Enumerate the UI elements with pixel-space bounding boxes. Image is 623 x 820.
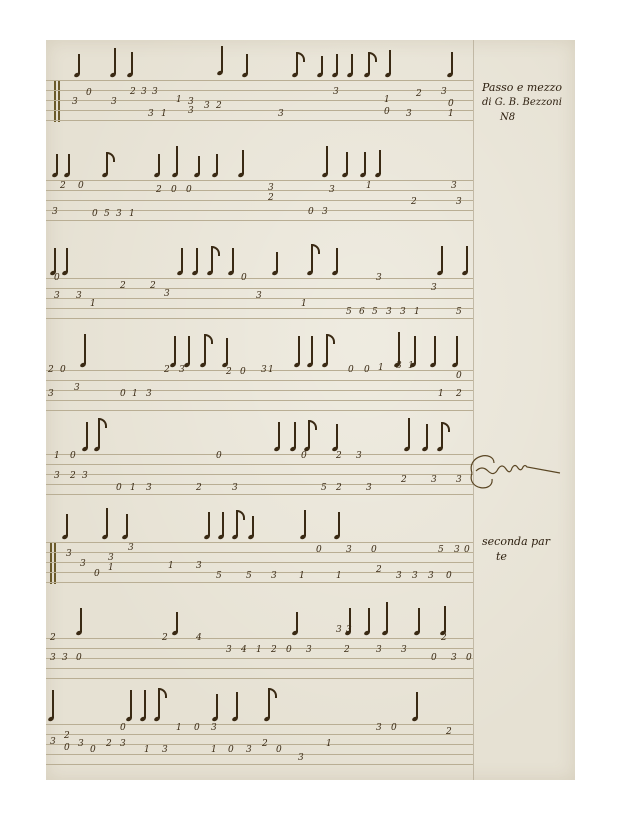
tab-staff: 3 2 0 3 0 2 3 0 1 3 1 0 3 1 0 3 2 0 3 1 … [46,724,473,766]
tab-staff: 2 3 3 0 2 4 3 4 1 2 0 3 3 3 2 3 3 0 2 3 … [46,638,473,680]
flourish-ornament [464,445,564,495]
tablature-system-4: 2 0 3 3 2 3 2 0 3 1 0 0 1 3 1 0 1 3 1 2 … [46,330,473,422]
section-label-line-2: te [482,549,550,564]
rhythm-line [46,238,473,278]
tablature-system-8: 3 2 0 3 0 2 3 0 1 3 1 0 3 1 0 3 2 0 3 1 … [46,684,473,780]
rhythm-line [46,502,473,542]
section-label: seconda par te [482,534,550,564]
tab-staff: 3 3 0 1 3 3 1 3 5 5 3 1 0 1 3 0 2 3 3 3 … [46,542,473,584]
tab-staff: 0 3 2 3 3 3 1 3 3 3 2 1 3 3 3 1 0 3 2 3 … [46,80,473,122]
rhythm-line [46,40,473,80]
tablature-system-6: 3 3 0 1 3 3 1 3 5 5 3 1 0 1 3 0 2 3 3 3 … [46,502,473,594]
tab-staff: 2 0 2 0 0 3 2 3 1 3 3 0 5 3 1 0 3 2 3 [46,180,473,222]
tablature-system-1: 0 3 2 3 3 3 1 3 3 3 2 1 3 3 3 1 0 3 2 3 … [46,40,473,132]
rhythm-line [46,598,473,638]
title-line-3: N8 [482,110,562,125]
manuscript-page: 0 3 2 3 3 3 1 3 3 3 2 1 3 3 3 1 0 3 2 3 … [46,40,575,780]
title-line-2: di G. B. Bezzoni [482,95,562,110]
tablature-system-2: 2 0 2 0 0 3 2 3 1 3 3 0 5 3 1 0 3 2 3 [46,140,473,232]
tab-staff: 2 0 3 3 2 3 2 0 3 1 0 0 1 3 1 0 1 3 1 2 … [46,370,473,412]
title-line-1: Passo e mezzo [482,80,562,95]
tab-staff: 0 3 3 1 2 2 3 0 3 1 3 5 6 5 3 3 1 3 5 [46,278,473,320]
tablature-system-5: 1 0 3 2 3 0 1 3 0 2 3 0 2 3 5 2 3 2 3 3 [46,414,473,506]
section-label-line-1: seconda par [482,534,550,549]
margin-rule [473,40,474,780]
rhythm-line [46,684,473,724]
tablature-system-7: 2 3 3 0 2 4 3 4 1 2 0 3 3 3 2 3 3 0 2 3 … [46,598,473,690]
rhythm-line [46,414,473,454]
title-annotation: Passo e mezzo di G. B. Bezzoni N8 [482,80,562,125]
tablature-system-3: 0 3 3 1 2 2 3 0 3 1 3 5 6 5 3 3 1 3 5 [46,238,473,330]
rhythm-line [46,140,473,180]
tab-staff: 1 0 3 2 3 0 1 3 0 2 3 0 2 3 5 2 3 2 3 3 [46,454,473,496]
